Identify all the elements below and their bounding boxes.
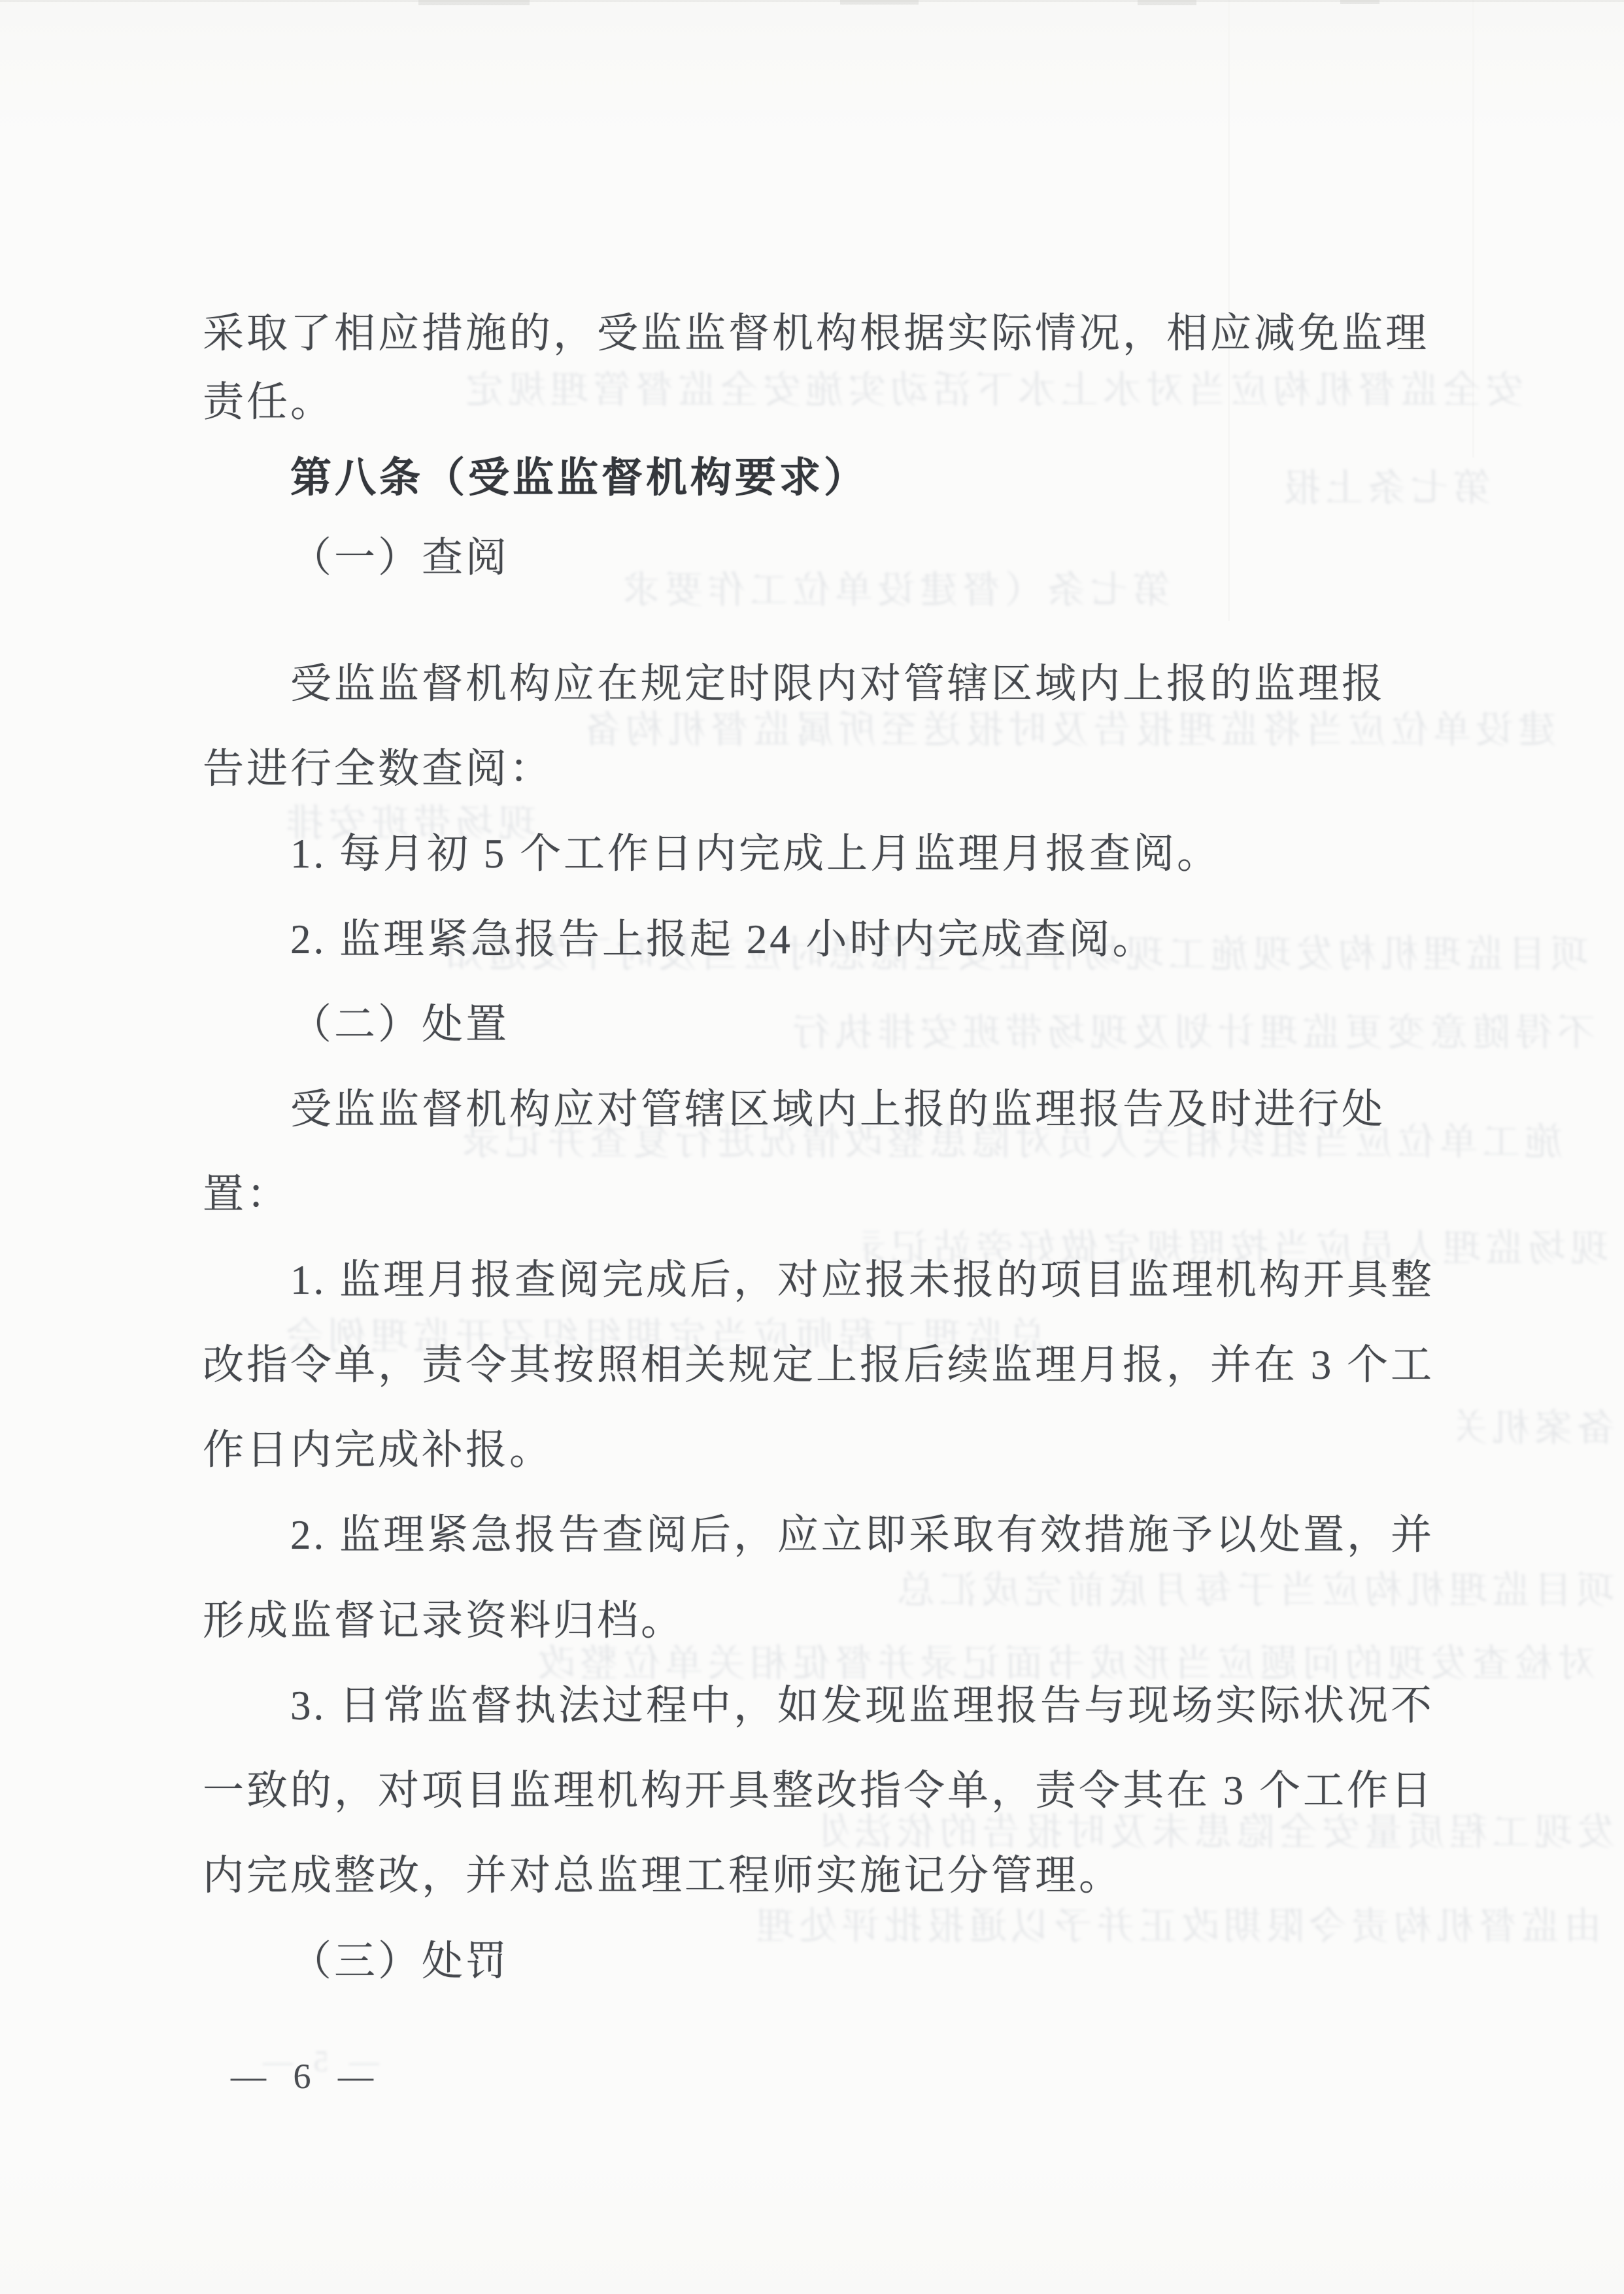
page-number: — 6 — [231,2057,382,2095]
scan-edge-artifact [0,0,1624,2]
text-line: 1. 监理月报查阅完成后，对应报未报的项目监理机构开具整 [290,1258,1434,1302]
text-line: 受监监督机构应在规定时限内对管辖区域内上报的监理报 [290,662,1385,705]
text-line: 受监监督机构应对管辖区域内上报的监理报告及时进行处 [290,1088,1385,1131]
text-line: 改指令单，责令其按照相关规定上报后续监理月报，并在 3 个工 [203,1343,1434,1387]
heading-line: 第八条（受监监督机构要求） [290,456,868,499]
bleedthrough-line: 第七条（督建设单位工作要求） [621,567,1170,616]
bleedthrough-line: 由监督机构责令限期改正并予以通报批评处理 [458,1904,1602,1952]
text-line: 作日内完成补报。 [203,1428,553,1472]
scanned-document-page: { "page": { "width": 2484, "height": 350… [0,0,1624,2294]
text-line: 告进行全数查阅： [203,747,553,790]
scan-edge-tick-artifact [840,0,919,5]
bleedthrough-line: 备案机关 [1458,1406,1615,1454]
document-text-layer: 安全监督机构应当对水上水下活动实施安全监督管理规定第七条上报第七条（督建设单位工… [0,0,1624,2294]
text-line: 2. 监理紧急报告上报起 24 小时内完成查阅。 [290,918,1157,961]
bleedthrough-line: 项目监理机构应当于每月底前完成汇总 [850,1568,1615,1616]
scan-streak-artifact [1472,0,1474,458]
text-line: 3. 日常监督执法过程中，如发现监理报告与现场实际状况不 [290,1684,1434,1727]
text-line: 置： [203,1173,290,1216]
bleedthrough-line: 不得随意变更监理计划及现场带班安排执行 [484,1010,1595,1058]
bleedthrough-line: 安全监督机构应当对水上水下活动实施安全监督管理规定 [222,367,1523,416]
text-line: （二）处置 [290,1003,509,1046]
bleedthrough-line: 第七条上报 [1216,465,1491,514]
text-line: （一）查阅 [290,536,509,579]
text-line: 形成监督记录资料归档。 [203,1599,685,1642]
bleedthrough-line: 发现工程质量安全隐患未及时报告的依法处理 [824,1810,1615,1858]
bleedthrough-line: 对检查发现的问题应当形成书面记录并督促相关单位整改 [203,1641,1595,1689]
text-line: （三）处罚 [290,1940,509,1983]
scan-edge-tick-artifact [418,0,530,5]
text-line: 内完成整改，并对总监理工程师实施记分管理。 [203,1854,1123,1897]
bleedthrough-line: 建设单位应当将监理报告及时报送至所属监督机构备案 [588,707,1556,756]
text-line: 2. 监理紧急报告查阅后，应立即采取有效措施予以处置，并 [290,1513,1434,1557]
text-line: 1. 每月初 5 个工作日内完成上月监理月报查阅。 [290,832,1221,875]
text-line: 一致的，对项目监理机构开具整改指令单，责令其在 3 个工作日 [203,1769,1434,1812]
text-line: 采取了相应措施的，受监监督机构根据实际情况，相应减免监理 [203,312,1429,355]
scan-edge-tick-artifact [1340,0,1379,4]
text-line: 责任。 [203,380,334,424]
scan-edge-tick-artifact [1138,0,1196,5]
